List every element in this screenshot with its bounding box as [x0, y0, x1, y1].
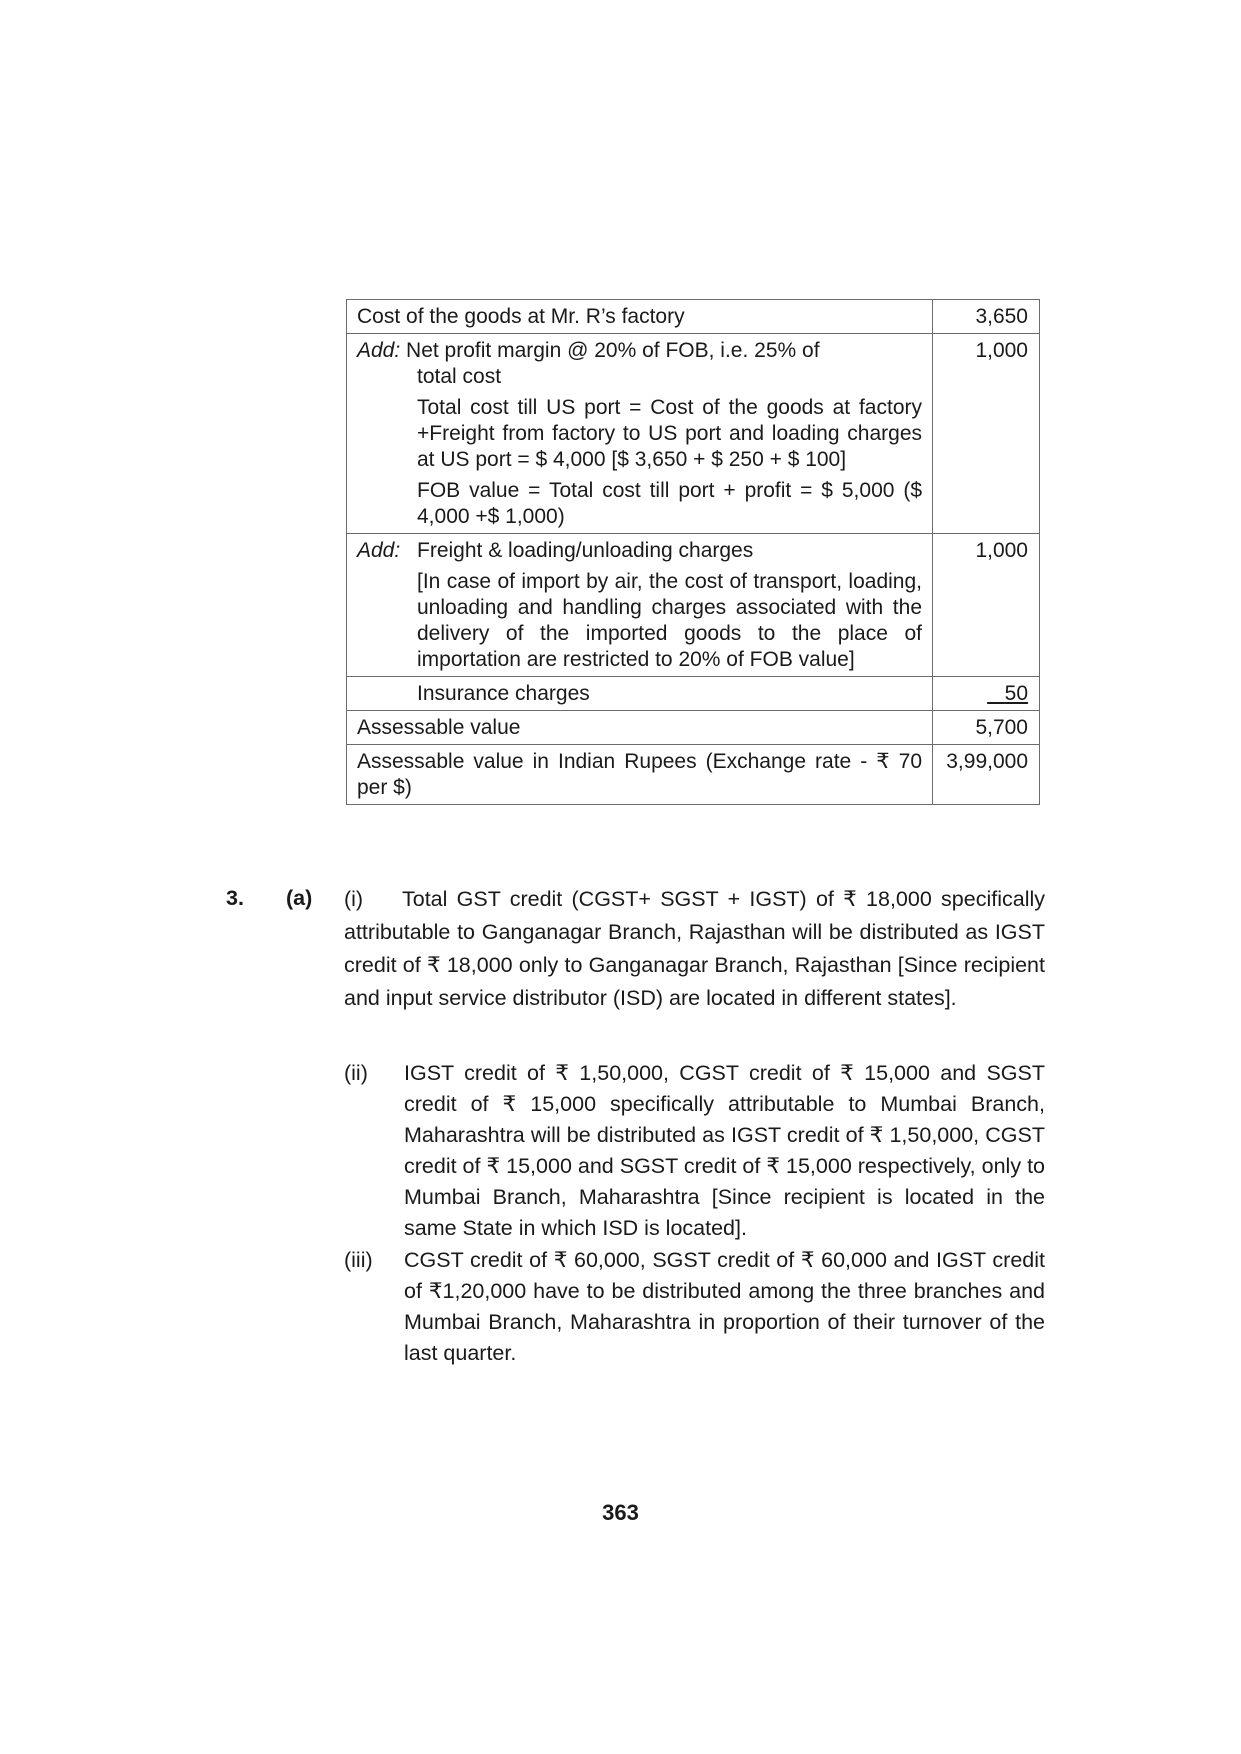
row-amount: 5,700 — [933, 711, 1040, 745]
item-number: (iii) — [344, 1245, 402, 1276]
table-row: Insurance charges 50 — [347, 677, 1040, 711]
table-row: Add: Net profit margin @ 20% of FOB, i.e… — [347, 334, 1040, 534]
row-label: Freight & loading/unloading charges — [417, 538, 922, 564]
row-label: Net profit margin @ 20% of FOB, i.e. 25%… — [406, 339, 820, 362]
item-text: CGST credit of ₹ 60,000, SGST credit of … — [404, 1248, 1045, 1365]
item-number: (ii) — [344, 1058, 402, 1089]
row-label: Assessable value in Indian Rupees (Excha… — [347, 745, 933, 805]
row-label: Assessable value — [347, 711, 933, 745]
table-row: Assessable value in Indian Rupees (Excha… — [347, 745, 1040, 805]
row-amount: 1,000 — [933, 334, 1040, 534]
add-prefix: Add: — [357, 538, 417, 564]
answer-item-iii: (iii) CGST credit of ₹ 60,000, SGST cred… — [344, 1245, 1045, 1369]
document-page: Cost of the goods at Mr. R’s factory 3,6… — [0, 0, 1241, 1754]
row-note: [In case of import by air, the cost of t… — [357, 569, 922, 673]
row-label: Cost of the goods at Mr. R’s factory — [347, 300, 933, 334]
answer-item-i: (i)Total GST credit (CGST+ SGST + IGST) … — [344, 883, 1045, 1015]
row-label-line: Add: Net profit margin @ 20% of FOB, i.e… — [357, 338, 922, 364]
row-amount: 3,650 — [933, 300, 1040, 334]
table-row: Add: Freight & loading/unloading charges… — [347, 534, 1040, 677]
item-number: (i) — [344, 883, 402, 916]
row-label: Insurance charges — [347, 677, 933, 711]
answer-item-ii: (ii) IGST credit of ₹ 1,50,000, CGST cre… — [344, 1058, 1045, 1244]
row-amount: 1,000 — [933, 534, 1040, 677]
row-note: Total cost till US port = Cost of the go… — [357, 395, 922, 473]
question-number: 3. — [226, 886, 244, 911]
row-note: FOB value = Total cost till port + profi… — [357, 478, 922, 530]
item-text: IGST credit of ₹ 1,50,000, CGST credit o… — [404, 1061, 1045, 1240]
row-amount: 50 — [987, 682, 1028, 705]
add-prefix: Add: — [357, 339, 400, 362]
table-row: Cost of the goods at Mr. R’s factory 3,6… — [347, 300, 1040, 334]
table-row: Assessable value 5,700 — [347, 711, 1040, 745]
sub-part-label: (a) — [286, 886, 312, 911]
row-label-continuation: total cost — [357, 364, 922, 390]
item-text: Total GST credit (CGST+ SGST + IGST) of … — [344, 887, 1045, 1010]
row-amount: 3,99,000 — [933, 745, 1040, 805]
page-number: 363 — [0, 1500, 1241, 1526]
assessable-value-table: Cost of the goods at Mr. R’s factory 3,6… — [346, 299, 1040, 805]
